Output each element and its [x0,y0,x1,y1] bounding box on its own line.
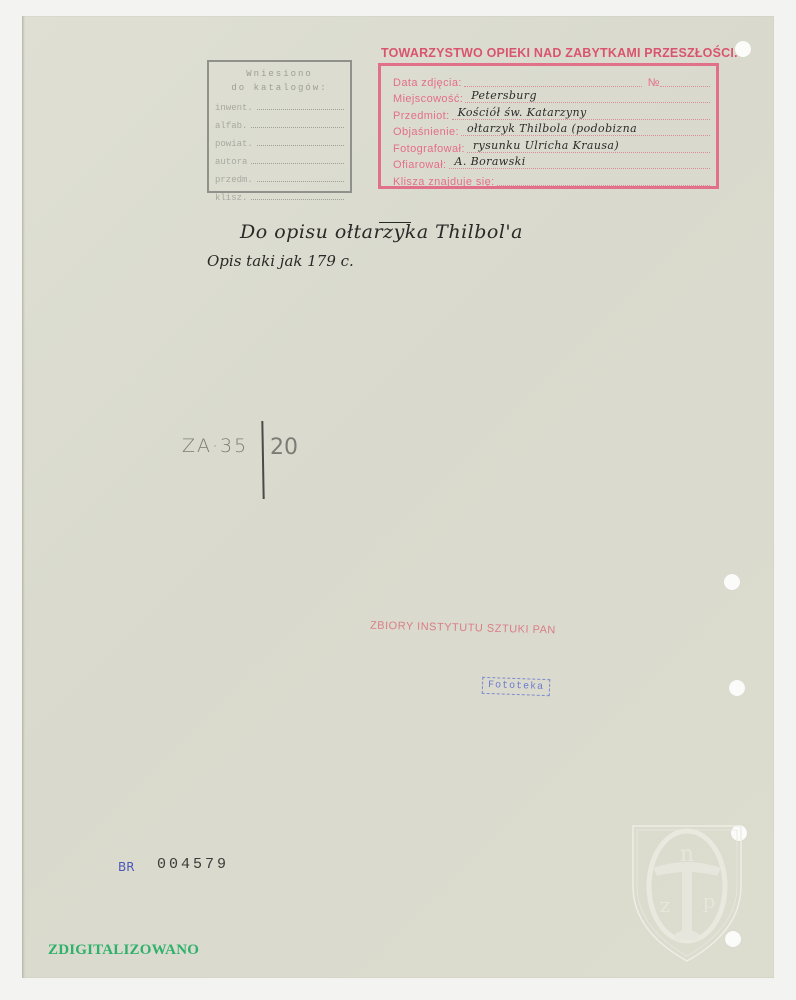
field-label: Miejscowość: [393,93,463,105]
paper-edge [22,16,25,978]
catalog-row: alfab. [209,113,350,131]
field-value: A. Borawski [449,155,710,169]
field-subject: Przedmiot: Kościół św. Katarzyny [393,105,710,122]
field-photo-date: Data zdjęcia: № [393,72,710,89]
catalog-row: przedm. [209,167,350,185]
dotted-line [251,199,344,200]
catalog-row-label: alfab. [215,121,247,131]
inventory-prefix: BR [118,860,135,874]
society-stamp-title: TOWARZYSTWO OPIEKI NAD ZABYTKAMI PRZESZŁ… [381,46,741,60]
field-value: Kościół św. Katarzyny [452,106,710,120]
field-value [464,86,642,87]
institute-stamp: ZBIORY INSTYTUTU SZTUKI PAN [370,620,556,637]
catalog-row-label: klisz. [215,193,247,203]
field-label: Fotografował: [393,143,465,155]
svg-text:n: n [680,842,694,867]
catalog-stamp-title: Wniesiono do katalogów: [209,67,350,95]
field-label: Przedmiot: [393,110,450,122]
field-description: Objaśnienie: ołtarzyk Thilbola (podobizn… [393,122,710,139]
field-label: Objaśnienie: [393,126,459,138]
dotted-line [251,163,344,164]
field-value: ołtarzyk Thilbola (podobizna [461,122,710,136]
catalog-row-label: powiat. [215,139,253,149]
field-photographer: Fotografował: rysunku Ulricha Krausa) [393,138,710,155]
dotted-line [257,109,344,110]
catalog-stamp: Wniesiono do katalogów: inwent. alfab. p… [207,60,352,193]
digitized-stamp: ZDIGITALIZOWANO [48,942,199,959]
field-value: rysunku Ulricha Krausa) [467,139,710,153]
svg-text:z: z [660,893,671,917]
punch-hole-icon [724,574,740,590]
catalog-row: autora [209,149,350,167]
inventory-number: 004579 [157,856,229,873]
field-label: Ofiarował: [393,159,447,171]
catalog-row-label: autora [215,157,247,167]
catalog-row: klisz. [209,185,350,203]
field-value: Petersburg [465,89,710,103]
society-stamp: Data zdjęcia: № Miejscowość: Petersburg … [378,63,719,189]
archive-card: Wniesiono do katalogów: inwent. alfab. p… [22,16,774,978]
field-donor: Ofiarował: A. Borawski [393,155,710,172]
handwritten-note-line2: Opis taki jak 179 c. [207,252,354,270]
dotted-line [257,145,344,146]
field-location: Miejscowość: Petersburg [393,89,710,106]
field-label: Data zdjęcia: [393,77,462,89]
catalog-title-line2: do katalogów: [209,81,350,95]
catalog-row: powiat. [209,131,350,149]
ntzp-shield-watermark-icon: n z p [627,816,747,966]
catalog-row-label: inwent. [215,103,253,113]
number-value [660,86,710,87]
pencil-reference-code: ZA·35 [182,435,248,457]
dotted-line [257,181,344,182]
punch-hole-icon [729,680,745,696]
dotted-line [251,127,344,128]
fototeka-stamp: Fototeka [482,677,551,696]
catalog-row-label: przedm. [215,175,253,185]
pencil-divider [261,421,264,499]
number-label: № [648,77,660,89]
field-negative-location: Klisza znajduje się: [393,171,710,188]
handwritten-note-line1: Do opisu ołtarzyka Thilbol'a [240,221,523,243]
pencil-reference-number: 20 [270,435,298,460]
svg-text:p: p [703,889,716,913]
field-value [497,185,710,186]
field-label: Klisza znajduje się: [393,176,495,188]
catalog-title-line1: Wniesiono [209,67,350,81]
catalog-row: inwent. [209,95,350,113]
